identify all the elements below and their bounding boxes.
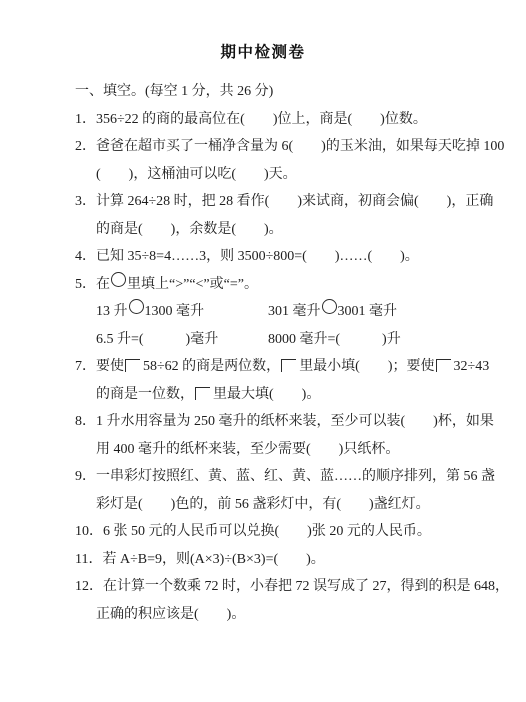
question-text: 13 升1300 毫升 xyxy=(96,298,268,326)
question-10: 10．6 张 50 元的人民币可以兑换( )张 20 元的人民币。 xyxy=(75,518,516,546)
question-text: 5．在里填上“>”“<”或“=”。 xyxy=(75,271,258,299)
question-4-line: 4．已知 35÷8=4……3，则 3500÷800=( )……( )。 xyxy=(75,243,516,271)
question-12-line: 12．在计算一个数乘 72 时，小春把 72 误写成了 27，得到的积是 648… xyxy=(75,573,516,601)
digit-box-icon xyxy=(436,359,451,372)
question-2-line: 2．爸爸在超市买了一桶净含量为 6( )的玉米油，如果每天吃掉 100 xyxy=(75,133,516,161)
question-8-line: 8．1 升水用容量为 250 毫升的纸杯来装，至少可以装( )杯，如果 xyxy=(75,408,516,436)
question-4: 4．已知 35÷8=4……3，则 3500÷800=( )……( )。 xyxy=(75,243,516,271)
question-5-line: 5．在里填上“>”“<”或“=”。 xyxy=(75,271,516,299)
question-2-line: ( )，这桶油可以吃( )天。 xyxy=(75,161,516,189)
question-3: 3．计算 264÷28 时，把 28 看作( )来试商，初商会偏( )，正确的商… xyxy=(75,188,516,243)
digit-box-icon xyxy=(195,387,210,400)
question-text: 7．要使58÷62 的商是两位数，里最小填( )；要使32÷43 xyxy=(75,353,489,381)
question-3-line: 3．计算 264÷28 时，把 28 看作( )来试商，初商会偏( )，正确 xyxy=(75,188,516,216)
paper-content: 一、填空。(每空 1 分，共 26 分) 1．356÷22 的商的最高位在( )… xyxy=(0,78,526,628)
question-9-line: 彩灯是( )色的，前 56 盏彩灯中，有( )盏红灯。 xyxy=(75,491,516,519)
question-1-line: 1．356÷22 的商的最高位在( )位上，商是( )位数。 xyxy=(75,106,516,134)
digit-box-icon xyxy=(125,359,140,372)
question-1: 1．356÷22 的商的最高位在( )位上，商是( )位数。 xyxy=(75,106,516,134)
question-text: 9．一串彩灯按照红、黄、蓝、红、黄、蓝……的顺序排列，第 56 盏 xyxy=(75,463,495,491)
question-text: 用 400 毫升的纸杯来装，至少需要( )只纸杯。 xyxy=(96,436,399,464)
question-11-line: 11．若 A÷B=9，则(A×3)÷(B×3)=( )。 xyxy=(75,546,516,574)
question-7: 7．要使58÷62 的商是两位数，里最小填( )；要使32÷43的商是一位数，里… xyxy=(75,353,516,408)
question-9-line: 9．一串彩灯按照红、黄、蓝、红、黄、蓝……的顺序排列，第 56 盏 xyxy=(75,463,516,491)
question-text: 8．1 升水用容量为 250 毫升的纸杯来装，至少可以装( )杯，如果 xyxy=(75,408,494,436)
question-2: 2．爸爸在超市买了一桶净含量为 6( )的玉米油，如果每天吃掉 100( )，这… xyxy=(75,133,516,188)
question-7-line: 的商是一位数，里最大填( )。 xyxy=(75,381,516,409)
question-text: 的商是( )，余数是( )。 xyxy=(96,216,283,244)
question-8: 8．1 升水用容量为 250 毫升的纸杯来装，至少可以装( )杯，如果用 400… xyxy=(75,408,516,463)
circle-blank-icon xyxy=(111,272,126,287)
question-text: 12．在计算一个数乘 72 时，小春把 72 误写成了 27，得到的积是 648… xyxy=(75,573,509,601)
questions-list: 1．356÷22 的商的最高位在( )位上，商是( )位数。2．爸爸在超市买了一… xyxy=(75,106,516,629)
question-5: 5．在里填上“>”“<”或“=”。13 升1300 毫升301 毫升3001 毫… xyxy=(75,271,516,354)
question-8-line: 用 400 毫升的纸杯来装，至少需要( )只纸杯。 xyxy=(75,436,516,464)
question-text: ( )，这桶油可以吃( )天。 xyxy=(96,161,297,189)
question-text: 正确的积应该是( )。 xyxy=(96,601,245,629)
question-text: 3．计算 264÷28 时，把 28 看作( )来试商，初商会偏( )，正确 xyxy=(75,188,493,216)
digit-box-icon xyxy=(281,359,296,372)
question-5-line: 13 升1300 毫升301 毫升3001 毫升 xyxy=(75,298,516,326)
question-5-line: 6.5 升=( )毫升8000 毫升=( )升 xyxy=(75,326,516,354)
question-text: 的商是一位数，里最大填( )。 xyxy=(96,381,320,409)
question-text: 4．已知 35÷8=4……3，则 3500÷800=( )……( )。 xyxy=(75,243,419,271)
question-text: 301 毫升3001 毫升 xyxy=(268,298,397,326)
question-9: 9．一串彩灯按照红、黄、蓝、红、黄、蓝……的顺序排列，第 56 盏彩灯是( )色… xyxy=(75,463,516,518)
test-paper-page: 期中检测卷 一、填空。(每空 1 分，共 26 分) 1．356÷22 的商的最… xyxy=(0,0,526,702)
question-text: 彩灯是( )色的，前 56 盏彩灯中，有( )盏红灯。 xyxy=(96,491,430,519)
page-title: 期中检测卷 xyxy=(0,42,526,64)
question-12-line: 正确的积应该是( )。 xyxy=(75,601,516,629)
question-3-line: 的商是( )，余数是( )。 xyxy=(75,216,516,244)
question-text: 2．爸爸在超市买了一桶净含量为 6( )的玉米油，如果每天吃掉 100 xyxy=(75,133,504,161)
circle-blank-icon xyxy=(322,299,337,314)
question-text: 10．6 张 50 元的人民币可以兑换( )张 20 元的人民币。 xyxy=(75,518,431,546)
circle-blank-icon xyxy=(129,299,144,314)
question-7-line: 7．要使58÷62 的商是两位数，里最小填( )；要使32÷43 xyxy=(75,353,516,381)
question-10-line: 10．6 张 50 元的人民币可以兑换( )张 20 元的人民币。 xyxy=(75,518,516,546)
question-text: 6.5 升=( )毫升 xyxy=(96,326,268,354)
question-12: 12．在计算一个数乘 72 时，小春把 72 误写成了 27，得到的积是 648… xyxy=(75,573,516,628)
question-text: 11．若 A÷B=9，则(A×3)÷(B×3)=( )。 xyxy=(75,546,325,574)
question-11: 11．若 A÷B=9，则(A×3)÷(B×3)=( )。 xyxy=(75,546,516,574)
question-text: 1．356÷22 的商的最高位在( )位上，商是( )位数。 xyxy=(75,106,427,134)
section-heading-fill-in-blanks: 一、填空。(每空 1 分，共 26 分) xyxy=(75,78,516,106)
question-text: 8000 毫升=( )升 xyxy=(268,326,401,354)
